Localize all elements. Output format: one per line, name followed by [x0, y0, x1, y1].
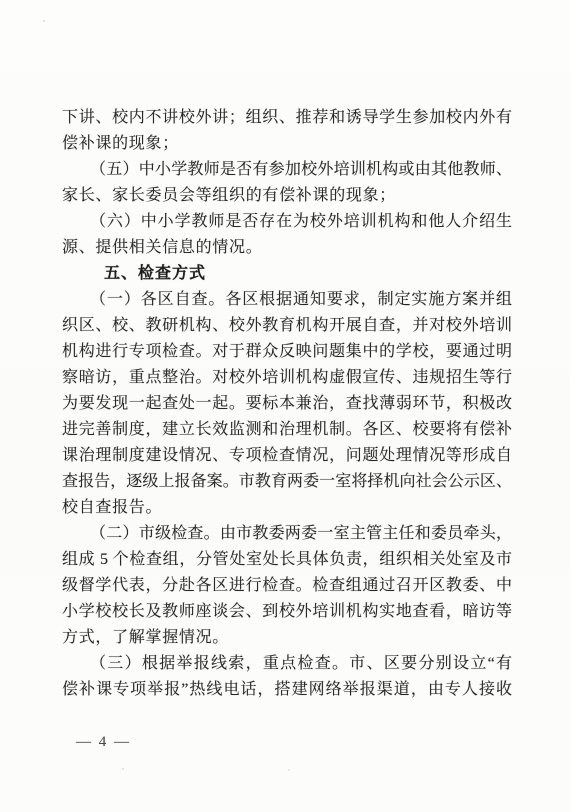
scanned-document-page: 下讲、校内不讲校外讲；组织、推荐和诱导学生参加校内外有 偿补课的现象； （五）中…	[0, 0, 570, 812]
text-line: 组成 5 个检查组，分管处室处长具体负责，组织相关处室及市	[62, 547, 512, 573]
scan-speck	[288, 769, 290, 771]
page-number: — 4 —	[76, 733, 131, 751]
scan-speck	[43, 20, 45, 22]
text-line: （一）各区自查。各区根据通知要求，制定实施方案并组	[62, 287, 512, 313]
text-line: 查报告，逐级上报备案。市教育两委一室将择机向社会公示区、	[62, 469, 512, 495]
text-line: （六）中小学教师是否存在为校外培训机构和他人介绍生	[62, 209, 512, 235]
text-line: 方式，了解掌握情况。	[62, 625, 512, 651]
scan-speck	[122, 768, 124, 770]
text-line: 校自查报告。	[62, 495, 512, 521]
text-line: 小学校校长及教师座谈会、到校外培训机构实地查看，暗访等	[62, 599, 512, 625]
text-line: 进完善制度，建立长效监测和治理机制。各区、校要将有偿补	[62, 417, 512, 443]
text-line: （二）市级检查。由市教委两委一室主管主任和委员牵头，	[62, 521, 512, 547]
text-line: 级督学代表，分赴各区进行检查。检查组通过召开区教委、中	[62, 573, 512, 599]
text-line: 下讲、校内不讲校外讲；组织、推荐和诱导学生参加校内外有	[62, 105, 512, 131]
text-line: 机构进行专项检查。对于群众反映问题集中的学校，要通过明	[62, 339, 512, 365]
text-line: 家长、家长委员会等组织的有偿补课的现象；	[62, 183, 512, 209]
text-line: 偿补课的现象；	[62, 131, 512, 157]
section-heading: 五、检查方式	[62, 261, 512, 287]
text-line: 察暗访，重点整治。对校外培训机构虚假宣传、违规招生等行	[62, 365, 512, 391]
text-line: 源、提供相关信息的情况。	[62, 235, 512, 261]
text-line: （五）中小学教师是否有参加校外培训机构或由其他教师、	[62, 157, 512, 183]
text-line: 课治理制度建设情况、专项检查情况，问题处理情况等形成自	[62, 443, 512, 469]
text-line: 偿补课专项举报”热线电话，搭建网络举报渠道，由专人接收	[62, 677, 512, 703]
text-line: 为要发现一起查处一起。要标本兼治，查找薄弱环节，积极改	[62, 391, 512, 417]
document-text-block: 下讲、校内不讲校外讲；组织、推荐和诱导学生参加校内外有 偿补课的现象； （五）中…	[62, 105, 512, 703]
text-line: 织区、校、教研机构、校外教育机构开展自查，并对校外培训	[62, 313, 512, 339]
text-line: （三）根据举报线索，重点检查。市、区要分别设立“有	[62, 651, 512, 677]
